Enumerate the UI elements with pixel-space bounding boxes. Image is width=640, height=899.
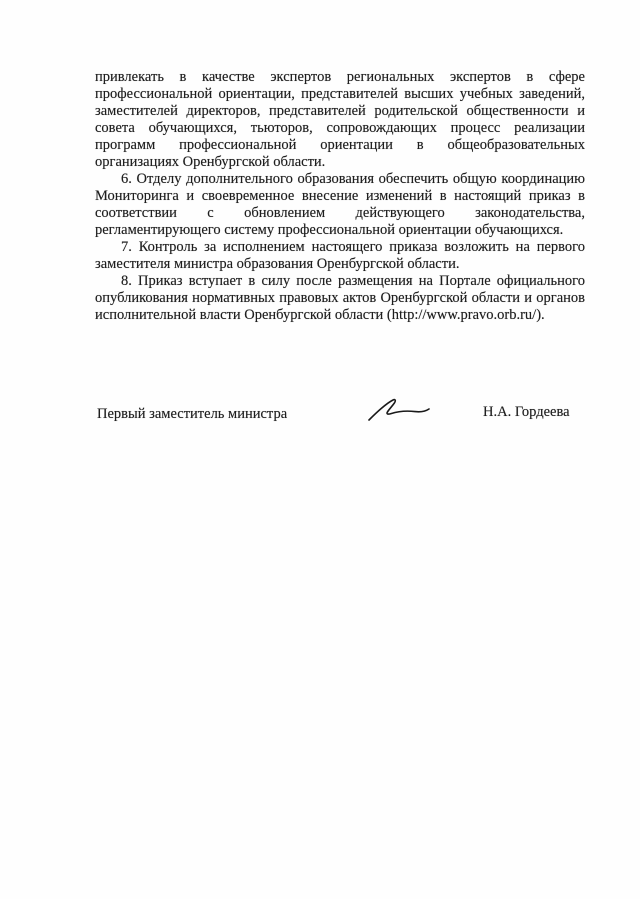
signature-role-title: Первый заместитель министра (97, 406, 287, 423)
paragraph-continuation: привлекать в качестве экспертов регионал… (95, 69, 585, 171)
paragraph-item-7: 7. Контроль за исполнением настоящего пр… (95, 239, 585, 273)
document-body-text: привлекать в качестве экспертов регионал… (95, 69, 585, 324)
signature-block: Первый заместитель министра Н.А. Гордеев… (95, 396, 585, 430)
scanned-document-page: привлекать в качестве экспертов регионал… (0, 0, 640, 899)
handwritten-signature-icon (367, 396, 431, 424)
paragraph-item-8: 8. Приказ вступает в силу после размещен… (95, 273, 585, 324)
paragraph-item-6: 6. Отделу дополнительного образования об… (95, 171, 585, 239)
signature-person-name: Н.А. Гордеева (483, 404, 570, 421)
